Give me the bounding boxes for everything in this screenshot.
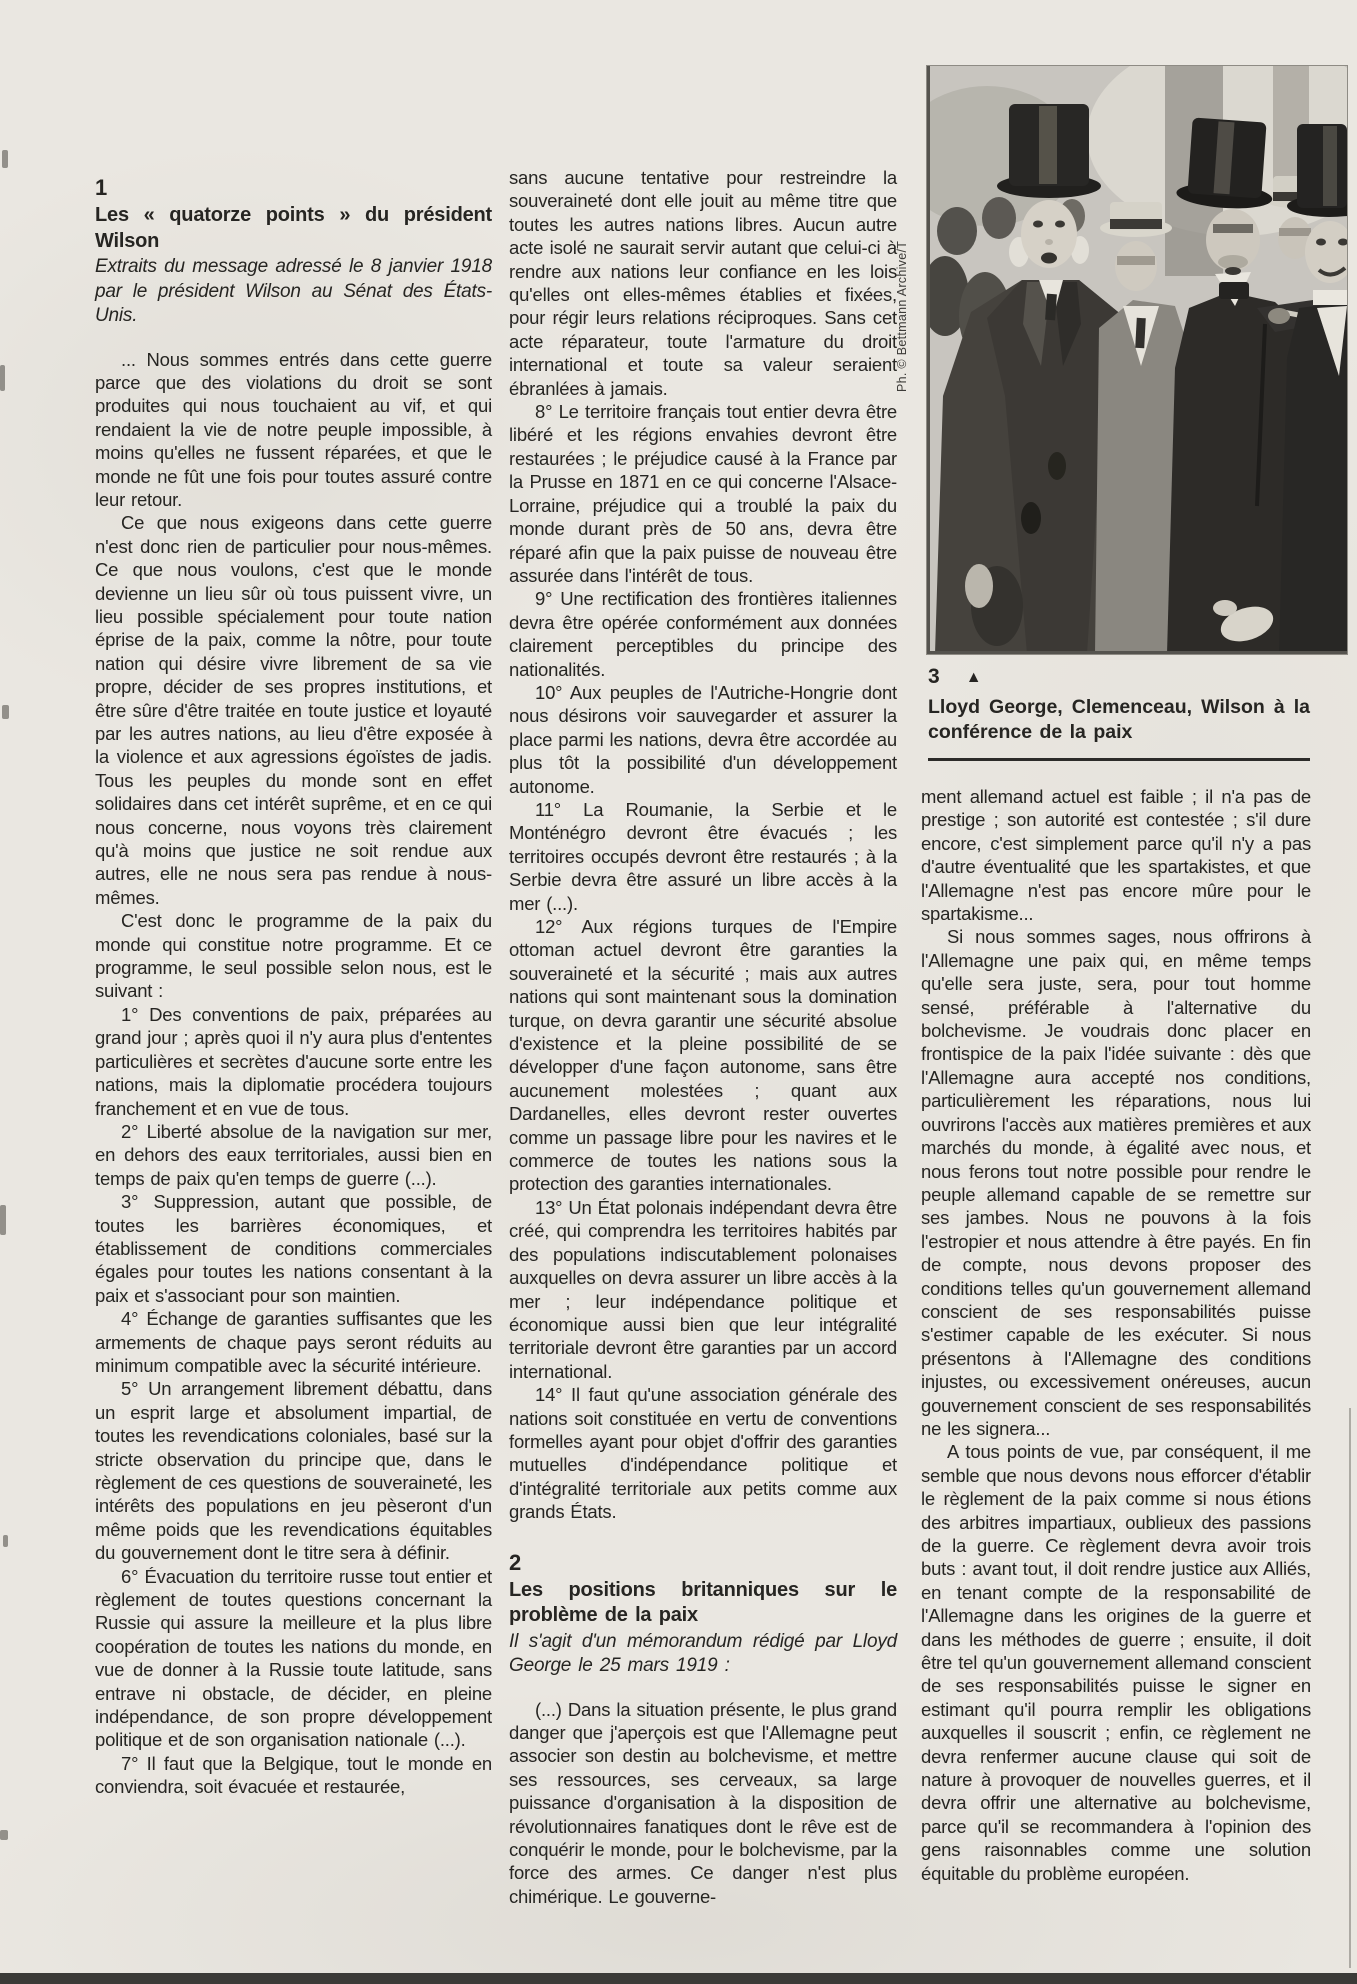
scan-speck — [0, 1830, 8, 1840]
body-paragraph: (...) Dans la situation présente, le plu… — [509, 1698, 897, 1909]
body-paragraph: 12° Aux régions turques de l'Empire otto… — [509, 915, 897, 1196]
body-paragraph: Ce que nous exigeons dans cette guerre n… — [95, 511, 492, 909]
doc1-col2-paragraphs: sans aucune tentative pour restreindre l… — [509, 166, 897, 1524]
body-paragraph: 8° Le territoire français tout entier de… — [509, 400, 897, 587]
photo-figure-wilson — [1279, 124, 1347, 654]
body-paragraph: 2° Liberté absolue de la navigation sur … — [95, 1120, 492, 1190]
body-paragraph: sans aucune tentative pour restreindre l… — [509, 166, 897, 400]
scan-speck — [3, 1535, 8, 1547]
doc2-col3-paragraphs: ment allemand actuel est faible ; il n'a… — [921, 785, 1311, 1885]
left-column: 1 Les « quatorze points » du président W… — [95, 175, 492, 1799]
right-column: ment allemand actuel est faible ; il n'a… — [921, 785, 1311, 1885]
doc2-col2-paragraphs: (...) Dans la situation présente, le plu… — [509, 1698, 897, 1909]
body-paragraph: ... Nous sommes entrés dans cette guerre… — [95, 348, 492, 512]
doc2-header: 2 Les positions britanniques sur le prob… — [509, 1550, 897, 1679]
doc2-title: Les positions britanniques sur le problè… — [509, 1578, 897, 1629]
body-paragraph: C'est donc le programme de la paix du mo… — [95, 909, 492, 1003]
body-paragraph: Si nous sommes sages, nous offrirons à l… — [921, 925, 1311, 1440]
body-paragraph: 4° Échange de garanties suffisantes que … — [95, 1307, 492, 1377]
caption-number-line: 3▲ — [928, 666, 1310, 689]
body-paragraph: 7° Il faut que la Belgique, tout le mond… — [95, 1752, 492, 1799]
photo-credit: Ph. © Bettmann Archive/T — [895, 168, 911, 392]
body-paragraph: 11° La Roumanie, la Serbie et le Monténé… — [509, 798, 897, 915]
scan-speck — [2, 150, 8, 168]
photo-peace-conference — [927, 66, 1347, 654]
doc1-number: 1 — [95, 175, 492, 201]
middle-column: sans aucune tentative pour restreindre l… — [509, 166, 897, 1908]
caption-divider-rule — [928, 758, 1310, 761]
doc1-col1-paragraphs: ... Nous sommes entrés dans cette guerre… — [95, 348, 492, 1799]
photo-caption: Lloyd George, Clemenceau, Wilson à la co… — [928, 695, 1310, 744]
photo-caption-block: 3▲ Lloyd George, Clemenceau, Wilson à la… — [928, 666, 1310, 744]
body-paragraph: 5° Un arrangement librement débattu, dan… — [95, 1377, 492, 1564]
caption-triangle-icon: ▲ — [966, 669, 982, 686]
scan-speck — [0, 1205, 6, 1235]
body-paragraph: 13° Un État polonais indépendant devra ê… — [509, 1196, 897, 1383]
body-paragraph: 10° Aux peuples de l'Autriche-Hongrie do… — [509, 681, 897, 798]
body-paragraph: 9° Une rectification des frontières ital… — [509, 587, 897, 681]
scan-speck — [2, 705, 9, 719]
doc2-intro: Il s'agit d'un mémorandum rédigé par Llo… — [509, 1630, 897, 1679]
doc2-number: 2 — [509, 1550, 897, 1576]
body-paragraph: A tous points de vue, par conséquent, il… — [921, 1440, 1311, 1885]
caption-figure-number: 3 — [928, 665, 940, 688]
doc1-title: Les « quatorze points » du président Wil… — [95, 203, 492, 254]
body-paragraph: ment allemand actuel est faible ; il n'a… — [921, 785, 1311, 925]
magazine-page: 1 Les « quatorze points » du président W… — [0, 0, 1357, 1984]
doc1-intro: Extraits du message adressé le 8 janvier… — [95, 255, 492, 329]
body-paragraph: 6° Évacuation du territoire russe tout e… — [95, 1565, 492, 1752]
scan-right-edge-line — [1349, 1408, 1351, 1968]
body-paragraph: 1° Des conventions de paix, préparées au… — [95, 1003, 492, 1120]
body-paragraph: 3° Suppression, autant que possible, de … — [95, 1190, 492, 1307]
body-paragraph: 14° Il faut qu'une association générale … — [509, 1383, 897, 1523]
scan-bottom-edge — [0, 1973, 1357, 1984]
scan-speck — [0, 365, 5, 391]
